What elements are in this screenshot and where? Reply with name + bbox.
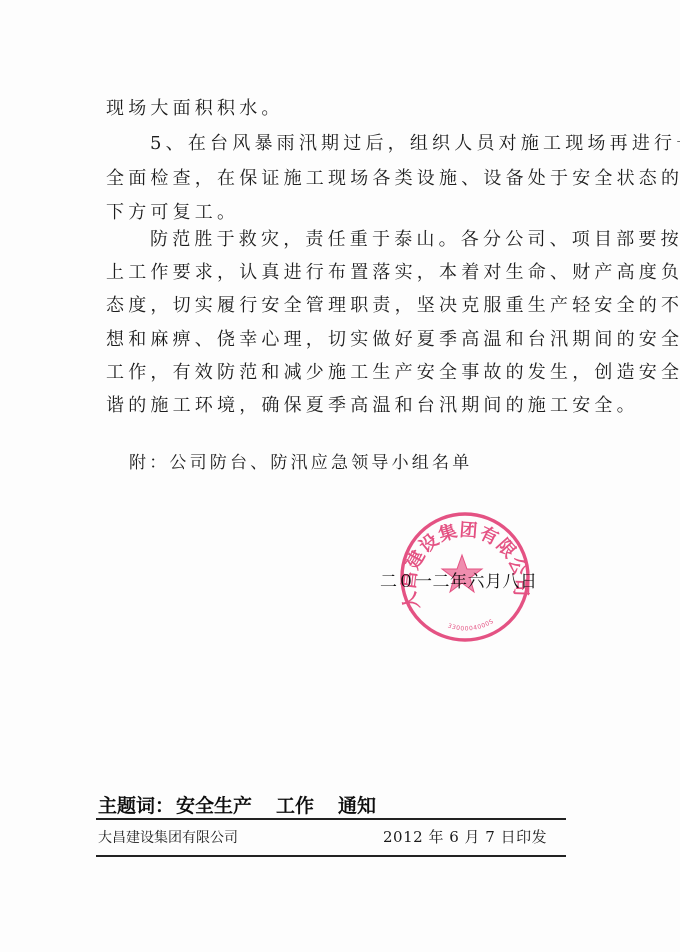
keywords-label: 主题词： [98,793,174,819]
document-page: 现场大面积积水。 5、在台风暴雨汛期过后，组织人员对施工现场再进行一次 全面检查… [0,0,680,952]
top-divider [96,818,566,820]
closing-line-5: 工作，有效防范和减少施工生产安全事故的发生，创造安全、和 [106,361,680,385]
keyword-item: 安全生产 [176,793,252,819]
official-seal-stamp: 大昌建设集团有限公司 3300004000S [398,510,532,644]
closing-line-1: 防范胜于救灾，责任重于泰山。各分公司、项目部要按照以 [150,228,680,252]
item-5-line-1: 5、在台风暴雨汛期过后，组织人员对施工现场再进行一次 [150,132,680,156]
attachment-note: 附：公司防台、防汛应急领导小组名单 [129,451,472,475]
closing-line-3: 态度，切实履行安全管理职责，坚决克服重生产轻安全的不良思 [106,294,680,318]
closing-line-2: 上工作要求，认真进行布置落实，本着对生命、财产高度负责的 [106,261,680,285]
paragraph-continuation-line: 现场大面积积水。 [106,97,284,121]
keyword-item: 工作 [276,793,314,819]
seal-serial: 3300004000S [447,618,496,633]
issue-date: 2012 年 6 月 7 日印发 [383,826,547,847]
closing-line-6: 谐的施工环境，确保夏季高温和台汛期间的施工安全。 [106,394,639,418]
bottom-divider [96,855,566,857]
issuer-name: 大昌建设集团有限公司 [98,827,238,847]
closing-line-4: 想和麻痹、侥幸心理，切实做好夏季高温和台汛期间的安全生产 [106,328,680,352]
item-5-line-2: 全面检查，在保证施工现场各类设施、设备处于安全状态的情况 [106,167,680,191]
svg-text:3300004000S: 3300004000S [447,618,496,633]
item-5-line-3: 下方可复工。 [106,201,239,225]
keyword-item: 通知 [338,793,376,819]
star-icon [442,555,482,592]
